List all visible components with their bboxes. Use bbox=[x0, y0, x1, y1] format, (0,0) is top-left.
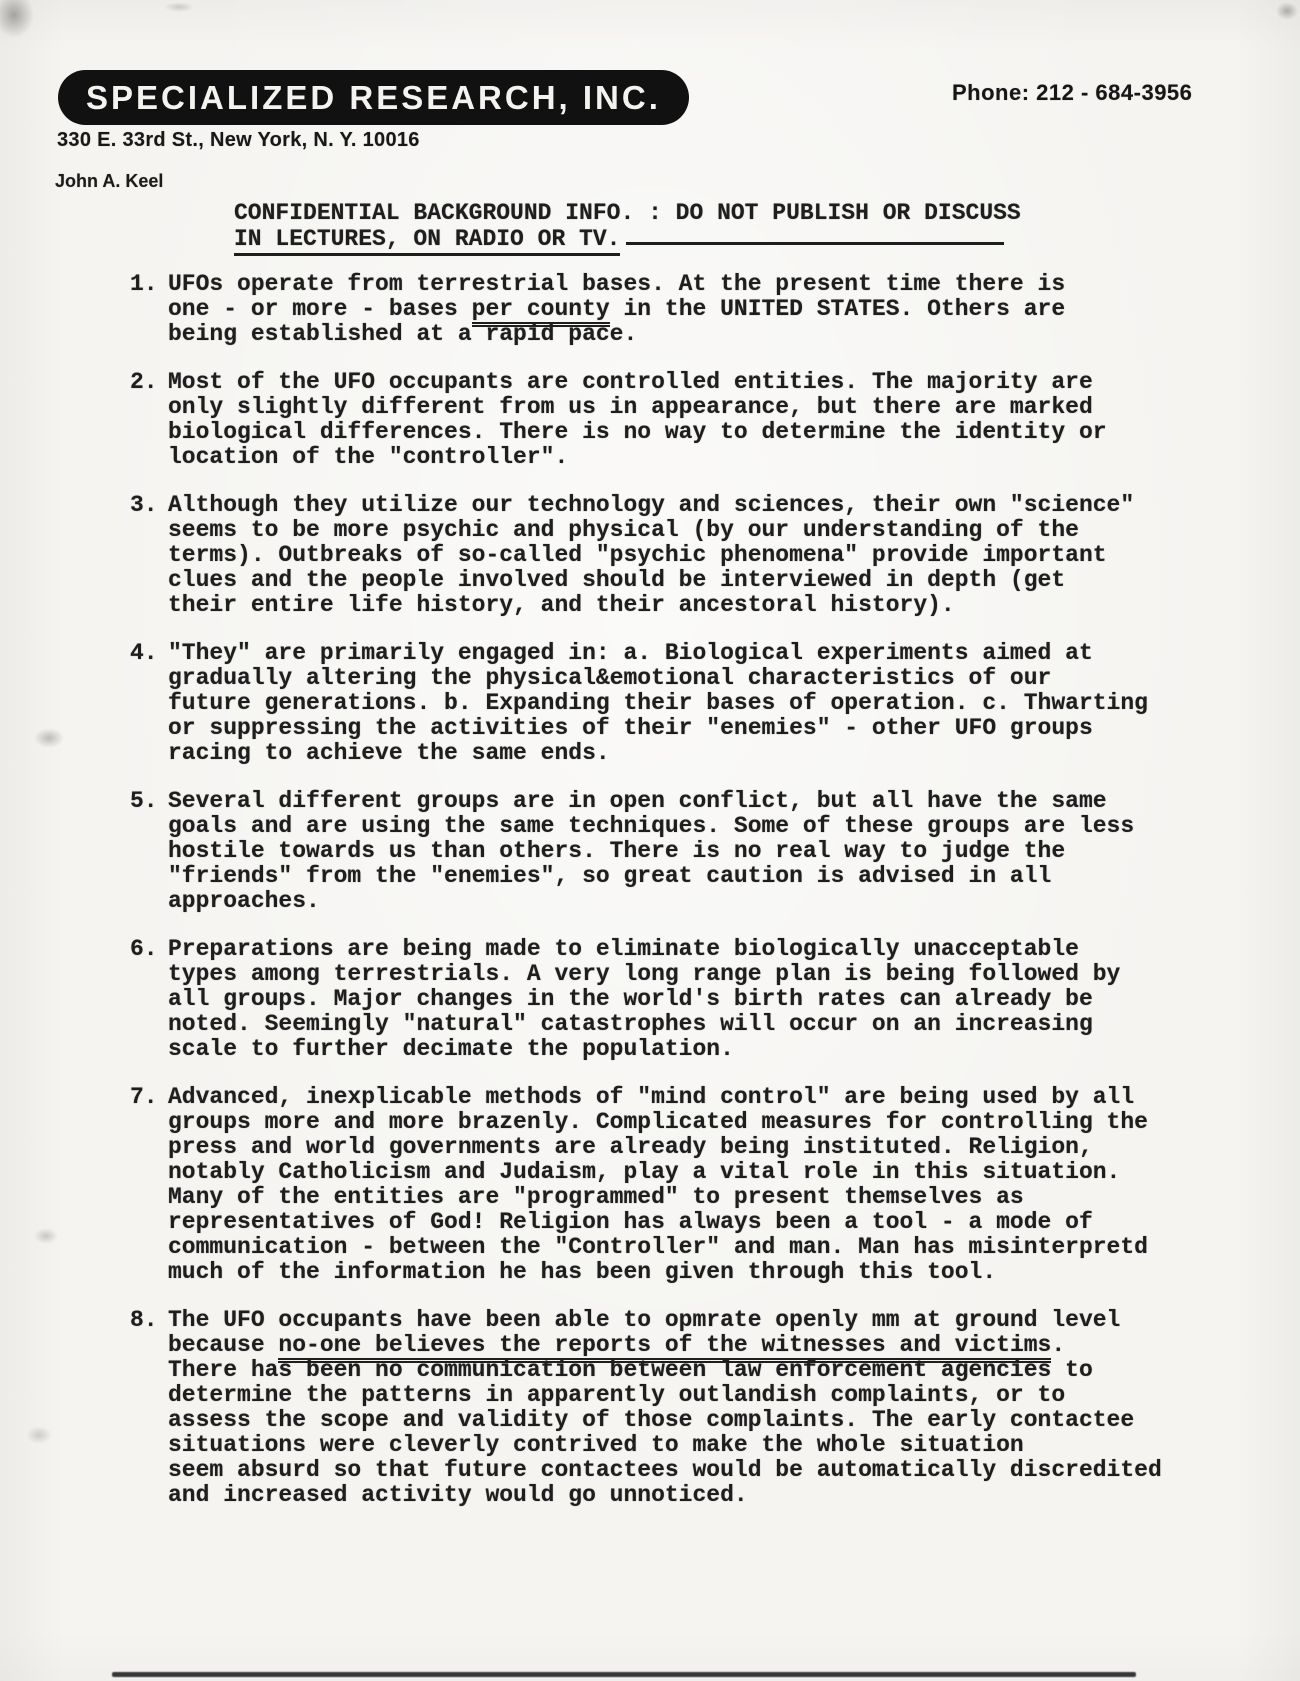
paragraph-number: 5. bbox=[130, 789, 168, 914]
paragraph-number: 6. bbox=[130, 937, 168, 1062]
paragraph-line: racing to achieve the same ends. bbox=[168, 741, 1230, 766]
numbered-paragraph: 5.Several different groups are in open c… bbox=[130, 789, 1230, 914]
paragraph-line: communication - between the "Controller"… bbox=[168, 1235, 1230, 1260]
paragraph-line: situations were cleverly contrived to ma… bbox=[168, 1433, 1230, 1458]
paragraph-line: biological differences. There is no way … bbox=[168, 420, 1230, 445]
paragraph-line: seems to be more psychic and physical (b… bbox=[168, 518, 1230, 543]
paragraph-text: The UFO occupants have been able to opmr… bbox=[168, 1308, 1230, 1508]
paragraph-number: 8. bbox=[130, 1308, 168, 1508]
paragraph-text: UFOs operate from terrestrial bases. At … bbox=[168, 272, 1230, 347]
scan-smudge bbox=[1276, 2, 1298, 20]
paragraph-line: goals and are using the same techniques.… bbox=[168, 814, 1230, 839]
numbered-paragraph: 1.UFOs operate from terrestrial bases. A… bbox=[130, 272, 1230, 347]
scan-smudge bbox=[0, 0, 34, 38]
company-name: SPECIALIZED RESEARCH, INC. bbox=[86, 79, 661, 116]
paragraph-text: "They" are primarily engaged in: a. Biol… bbox=[168, 641, 1230, 766]
paragraph-line: hostile towards us than others. There is… bbox=[168, 839, 1230, 864]
scanned-document: SPECIALIZED RESEARCH, INC. Phone: 212 - … bbox=[0, 0, 1300, 1681]
heading-line-1: CONFIDENTIAL BACKGROUND INFO. : DO NOT P… bbox=[234, 200, 1021, 226]
scan-smudge bbox=[164, 2, 194, 12]
scan-smudge bbox=[34, 1228, 58, 1244]
paragraph-line: representatives of God! Religion has alw… bbox=[168, 1210, 1230, 1235]
paragraph-line: Most of the UFO occupants are controlled… bbox=[168, 370, 1230, 395]
paragraph-line: Several different groups are in open con… bbox=[168, 789, 1230, 814]
phone-number: Phone: 212 - 684-3956 bbox=[952, 80, 1192, 106]
paragraph-text: Advanced, inexplicable methods of "mind … bbox=[168, 1085, 1230, 1285]
paragraph-line: approaches. bbox=[168, 889, 1230, 914]
paragraph-text: Preparations are being made to eliminate… bbox=[168, 937, 1230, 1062]
paragraph-line: assess the scope and validity of those c… bbox=[168, 1408, 1230, 1433]
paragraph-line: one - or more - bases per county in the … bbox=[168, 297, 1230, 322]
paragraph-line: clues and the people involved should be … bbox=[168, 568, 1230, 593]
paragraph-line: "They" are primarily engaged in: a. Biol… bbox=[168, 641, 1230, 666]
paragraph-line: types among terrestrials. A very long ra… bbox=[168, 962, 1230, 987]
paragraph-line: UFOs operate from terrestrial bases. At … bbox=[168, 272, 1230, 297]
paragraph-number: 7. bbox=[130, 1085, 168, 1285]
paragraph-line: only slightly different from us in appea… bbox=[168, 395, 1230, 420]
numbered-paragraph: 4."They" are primarily engaged in: a. Bi… bbox=[130, 641, 1230, 766]
paragraph-line: press and world governments are already … bbox=[168, 1135, 1230, 1160]
paragraph-line: being established at a rapid pace. bbox=[168, 322, 1230, 347]
paragraph-line: "friends" from the "enemies", so great c… bbox=[168, 864, 1230, 889]
paragraph-text: Although they utilize our technology and… bbox=[168, 493, 1230, 618]
paragraph-text: Most of the UFO occupants are controlled… bbox=[168, 370, 1230, 470]
paragraph-line: seem absurd so that future contactees wo… bbox=[168, 1458, 1230, 1483]
paragraph-line: Many of the entities are "programmed" to… bbox=[168, 1185, 1230, 1210]
paragraph-list: 1.UFOs operate from terrestrial bases. A… bbox=[130, 272, 1230, 1531]
company-address: 330 E. 33rd St., New York, N. Y. 10016 bbox=[57, 129, 420, 152]
numbered-paragraph: 8.The UFO occupants have been able to op… bbox=[130, 1308, 1230, 1508]
paragraph-number: 3. bbox=[130, 493, 168, 618]
scan-artifact-bar bbox=[112, 1672, 1136, 1677]
paragraph-text: Several different groups are in open con… bbox=[168, 789, 1230, 914]
paragraph-line: location of the "controller". bbox=[168, 445, 1230, 470]
paragraph-line: much of the information he has been give… bbox=[168, 1260, 1230, 1285]
paragraph-line: determine the patterns in apparently out… bbox=[168, 1383, 1230, 1408]
paragraph-line: gradually altering the physical&emotiona… bbox=[168, 666, 1230, 691]
paragraph-line: groups more and more brazenly. Complicat… bbox=[168, 1110, 1230, 1135]
company-logo: SPECIALIZED RESEARCH, INC. bbox=[58, 70, 689, 125]
paragraph-line: and increased activity would go unnotice… bbox=[168, 1483, 1230, 1508]
numbered-paragraph: 6.Preparations are being made to elimina… bbox=[130, 937, 1230, 1062]
heading-underline-rule bbox=[626, 238, 1004, 245]
paragraph-number: 1. bbox=[130, 272, 168, 347]
paragraph-line: There has been no communication between … bbox=[168, 1358, 1230, 1383]
paragraph-number: 2. bbox=[130, 370, 168, 470]
paragraph-number: 4. bbox=[130, 641, 168, 766]
heading-line-2: IN LECTURES, ON RADIO OR TV. bbox=[234, 226, 1021, 252]
paragraph-line: Advanced, inexplicable methods of "mind … bbox=[168, 1085, 1230, 1110]
author-name: John A. Keel bbox=[55, 171, 163, 192]
paragraph-line: future generations. b. Expanding their b… bbox=[168, 691, 1230, 716]
document-heading: CONFIDENTIAL BACKGROUND INFO. : DO NOT P… bbox=[234, 200, 1021, 252]
paragraph-line: notably Catholicism and Judaism, play a … bbox=[168, 1160, 1230, 1185]
scan-smudge bbox=[34, 728, 64, 748]
paragraph-line: their entire life history, and their anc… bbox=[168, 593, 1230, 618]
paragraph-line: terms). Outbreaks of so-called "psychic … bbox=[168, 543, 1230, 568]
heading-line-2-text: IN LECTURES, ON RADIO OR TV. bbox=[234, 226, 620, 256]
paragraph-line: Although they utilize our technology and… bbox=[168, 493, 1230, 518]
scan-smudge bbox=[26, 1426, 52, 1444]
paragraph-line: all groups. Major changes in the world's… bbox=[168, 987, 1230, 1012]
numbered-paragraph: 7.Advanced, inexplicable methods of "min… bbox=[130, 1085, 1230, 1285]
paragraph-line: because no-one believes the reports of t… bbox=[168, 1333, 1230, 1358]
paragraph-line: scale to further decimate the population… bbox=[168, 1037, 1230, 1062]
paragraph-line: The UFO occupants have been able to opmr… bbox=[168, 1308, 1230, 1333]
paragraph-line: or suppressing the activities of their "… bbox=[168, 716, 1230, 741]
numbered-paragraph: 2.Most of the UFO occupants are controll… bbox=[130, 370, 1230, 470]
numbered-paragraph: 3.Although they utilize our technology a… bbox=[130, 493, 1230, 618]
paragraph-line: noted. Seemingly "natural" catastrophes … bbox=[168, 1012, 1230, 1037]
paragraph-line: Preparations are being made to eliminate… bbox=[168, 937, 1230, 962]
